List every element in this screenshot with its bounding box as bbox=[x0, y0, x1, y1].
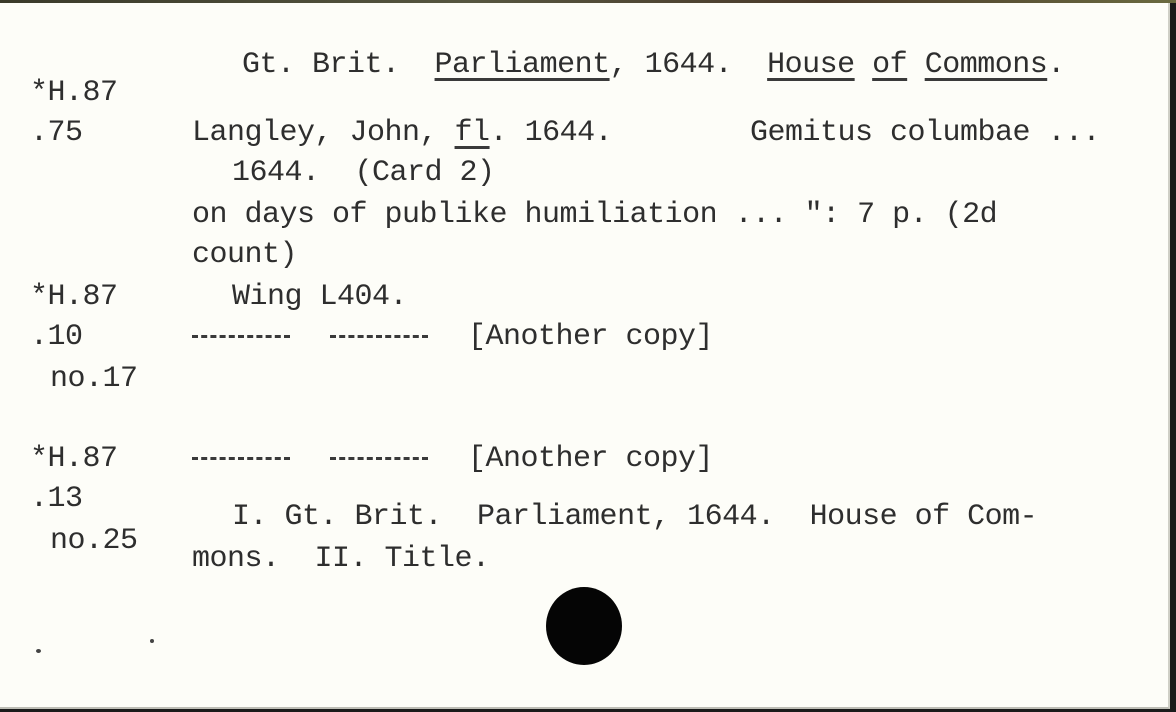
imprint-line: 1644. (Card 2) bbox=[232, 155, 495, 191]
call-number-1-line1: *H.87 bbox=[30, 75, 118, 111]
ink-speck bbox=[150, 639, 154, 643]
ink-speck bbox=[36, 649, 41, 653]
heading-parliament: Parliament bbox=[435, 48, 610, 82]
note-line-2: count) bbox=[192, 237, 297, 273]
call-number-2-line3: no.17 bbox=[50, 361, 138, 397]
call-number-1-line2: .75 bbox=[30, 115, 83, 151]
note-line-1: on days of publike humiliation ... ": 7 … bbox=[192, 197, 997, 233]
dash-rule bbox=[192, 335, 290, 338]
punch-hole bbox=[546, 587, 622, 665]
dash-rule bbox=[192, 457, 290, 460]
heading-year: , 1644. bbox=[610, 48, 733, 82]
dash-rule bbox=[330, 335, 428, 338]
call-number-2-line2: .10 bbox=[30, 319, 83, 355]
heading-prefix: Gt. Brit. bbox=[242, 48, 400, 82]
tracings-line-1: I. Gt. Brit. Parliament, 1644. House of … bbox=[232, 499, 1037, 535]
dash-rule bbox=[330, 457, 428, 460]
heading-house: House bbox=[767, 48, 855, 82]
tracings-line-2: mons. II. Title. bbox=[192, 541, 490, 577]
call-number-3-line1: *H.87 bbox=[30, 441, 118, 477]
heading-commons: Commons bbox=[925, 48, 1048, 82]
heading-of: of bbox=[872, 48, 907, 82]
title-line: Gemitus columbae ... bbox=[750, 115, 1100, 151]
call-number-3-line3: no.25 bbox=[50, 523, 138, 559]
card-heading: Gt. Brit. Parliament, 1644. House of Com… bbox=[242, 47, 1065, 83]
fl-abbrev: fl bbox=[455, 116, 490, 150]
call-number-3-line2: .13 bbox=[30, 481, 83, 517]
wing-reference: Wing L404. bbox=[232, 279, 407, 315]
another-copy-1: [Another copy] bbox=[192, 319, 713, 355]
call-number-2-line1: *H.87 bbox=[30, 279, 118, 315]
author-line: Langley, John, fl. 1644. bbox=[192, 115, 612, 151]
catalog-card: Gt. Brit. Parliament, 1644. House of Com… bbox=[0, 3, 1170, 709]
another-copy-2: [Another copy] bbox=[192, 441, 713, 477]
